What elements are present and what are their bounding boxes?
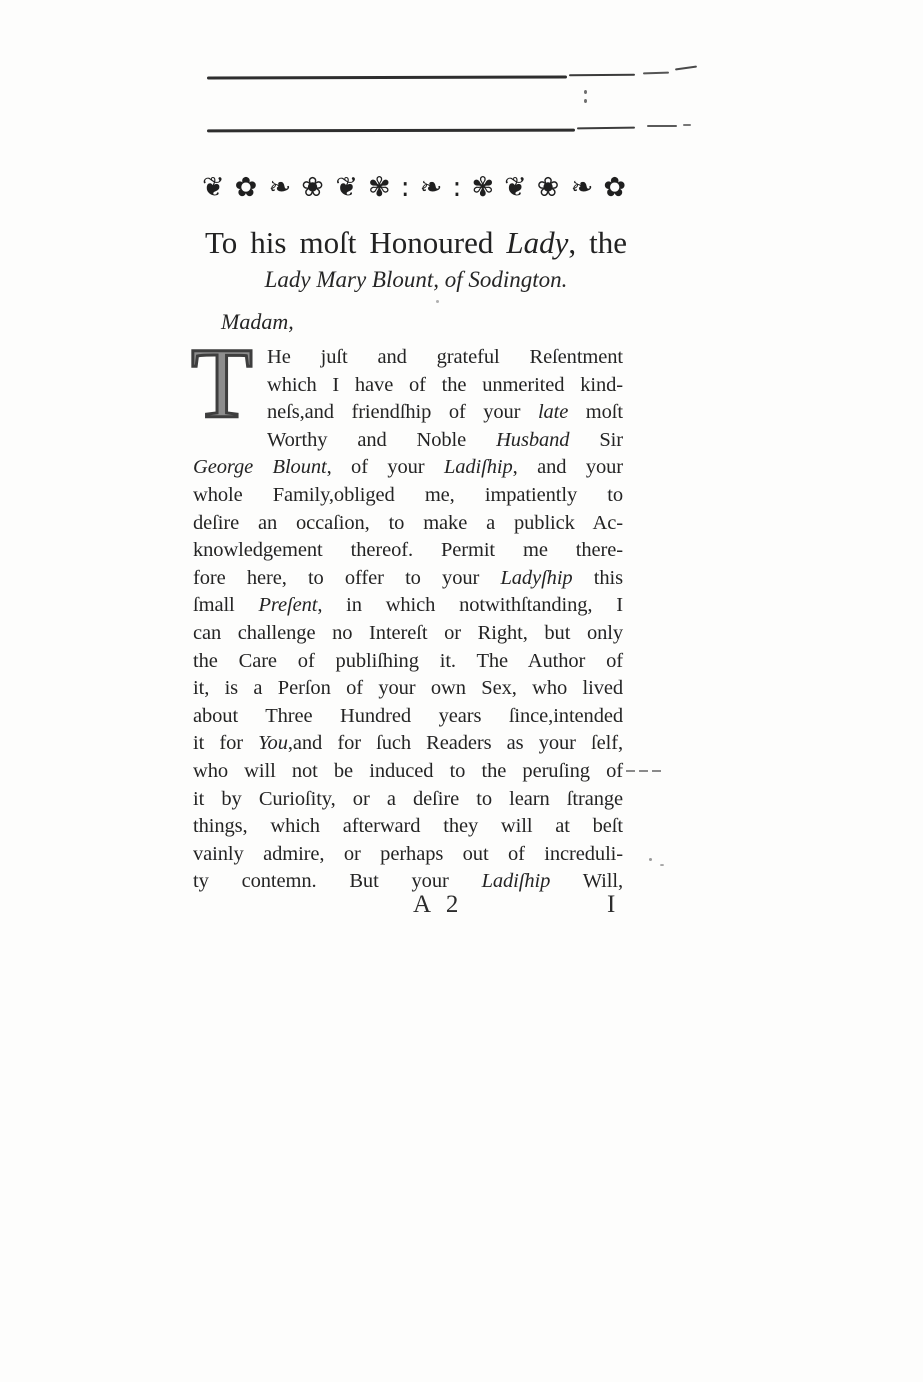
middle-rule	[207, 125, 691, 137]
text-run: To his moſt Honoured	[205, 225, 506, 260]
text-run: Will,	[550, 870, 623, 892]
text-run: vainly admire, or perhaps out of incredu…	[193, 843, 623, 865]
text-run: which I have of the unmerited kind-	[267, 374, 623, 396]
text-run: this	[573, 567, 623, 589]
text-run: neſs,and friendſhip of your	[267, 401, 538, 423]
catchword: I	[607, 891, 615, 919]
italic-text-run: Husband	[496, 429, 569, 451]
body-line: about Three Hundred years ſince,intended	[193, 703, 623, 731]
italic-text-run: George Blount	[193, 456, 327, 478]
text-run: , in which notwithſtanding, I	[317, 594, 623, 616]
text-run: who will not be induced to the peruſing …	[193, 760, 623, 782]
italic-text-run: You	[258, 732, 288, 754]
italic-text-run: Preſent	[258, 594, 317, 616]
text-run: things, which afterward they will at beſ…	[193, 815, 623, 837]
text-run: moſt	[568, 401, 623, 423]
body-line: ſmall Preſent, in which notwithſtanding,…	[193, 592, 623, 620]
italic-text-run: Ladiſhip	[482, 870, 551, 892]
rule-segment	[647, 125, 677, 127]
body-line: it by Curioſity, or a deſire to learn ſt…	[193, 786, 623, 814]
body-line: vainly admire, or perhaps out of incredu…	[193, 841, 623, 869]
top-rule	[207, 70, 699, 82]
ink-speck	[584, 99, 587, 103]
text-run: Worthy and Noble	[267, 429, 496, 451]
italic-text-run: late	[538, 401, 568, 423]
rule-segment	[577, 127, 635, 130]
body-line: Worthy and Noble Husband Sir	[267, 427, 623, 455]
rule-segment	[643, 72, 669, 75]
body-line: knowledgement thereof. Permit me there-	[193, 537, 623, 565]
text-run: can challenge no Intereſt or Right, but …	[193, 622, 623, 644]
text-run: whole Family,obliged me, impatiently to	[193, 484, 623, 506]
body-line: George Blount, of your Ladiſhip, and you…	[193, 454, 623, 482]
text-run: it, is a Perſon of your own Sex, who liv…	[193, 677, 623, 699]
body-line: neſs,and friendſhip of your late moſt	[267, 399, 623, 427]
italic-text-run: Lady	[506, 225, 568, 260]
text-run: fore here, to offer to your	[193, 567, 500, 589]
body-line: can challenge no Intereſt or Right, but …	[193, 620, 623, 648]
ink-speck	[584, 90, 587, 94]
body-line: fore here, to offer to your Ladyſhip thi…	[193, 565, 623, 593]
body-line: it for You,and for ſuch Readers as your …	[193, 730, 623, 758]
italic-text-run: Ladyſhip	[500, 567, 572, 589]
body-line: it, is a Perſon of your own Sex, who liv…	[193, 675, 623, 703]
text-run: ſmall	[193, 594, 258, 616]
body-line: whole Family,obliged me, impatiently to	[193, 482, 623, 510]
text-run: it for	[193, 732, 258, 754]
text-run: knowledgement thereof. Permit me there-	[193, 539, 623, 561]
ink-speck	[626, 770, 662, 772]
body-line: the Care of publiſhing it. The Author of	[193, 648, 623, 676]
signature-mark: A 2	[413, 891, 463, 919]
footer-row: A 2 I	[193, 891, 623, 921]
ink-speck	[436, 300, 439, 303]
ink-speck	[660, 864, 664, 866]
text-run: deſire an occaſion, to make a publick Ac…	[193, 512, 623, 534]
ink-speck	[649, 858, 652, 861]
body-line: He juſt and grateful Reſentment	[267, 344, 623, 372]
rule-segment	[675, 65, 697, 70]
rule-segment	[207, 76, 567, 80]
text-run: ty contemn. But your	[193, 870, 482, 892]
text-run: ,and for ſuch Readers as your ſelf,	[288, 732, 623, 754]
text-run: the Care of publiſhing it. The Author of	[193, 650, 623, 672]
body-line: who will not be induced to the peruſing …	[193, 758, 623, 786]
italic-text-run: Lady Mary Blount, of Sodington.	[265, 267, 568, 292]
rule-segment	[683, 124, 691, 126]
body-line: things, which afterward they will at beſ…	[193, 813, 623, 841]
body-line: deſire an occaſion, to make a publick Ac…	[193, 510, 623, 538]
scanned-book-page: ❦ ✿ ❧ ❀ ❦ ✾ : ❧ : ✾ ❦ ❀ ❧ ✿ To his moſt …	[0, 0, 923, 1382]
dedication-subheading: Lady Mary Blount, of Sodington.	[205, 266, 627, 294]
text-run: , and your	[513, 456, 623, 478]
body-line: which I have of the unmerited kind-	[267, 372, 623, 400]
text-run: it by Curioſity, or a deſire to learn ſt…	[193, 788, 623, 810]
text-run: He juſt and grateful Reſentment	[267, 346, 623, 368]
fleuron-ornament-band-icon: ❦ ✿ ❧ ❀ ❦ ✾ : ❧ : ✾ ❦ ❀ ❧ ✿	[202, 164, 626, 214]
dedication-heading: To his moſt Honoured Lady, the	[205, 224, 627, 262]
rule-segment	[569, 74, 635, 77]
text-run: about Three Hundred years ſince,intended	[193, 705, 623, 727]
text-run: , the	[568, 225, 627, 260]
rule-segment	[207, 129, 575, 132]
text-run: Sir	[569, 429, 623, 451]
italic-text-run: Ladiſhip	[444, 456, 513, 478]
text-run: , of your	[327, 456, 444, 478]
body-paragraph: He juſt and grateful Reſentmentwhich I h…	[193, 344, 623, 896]
